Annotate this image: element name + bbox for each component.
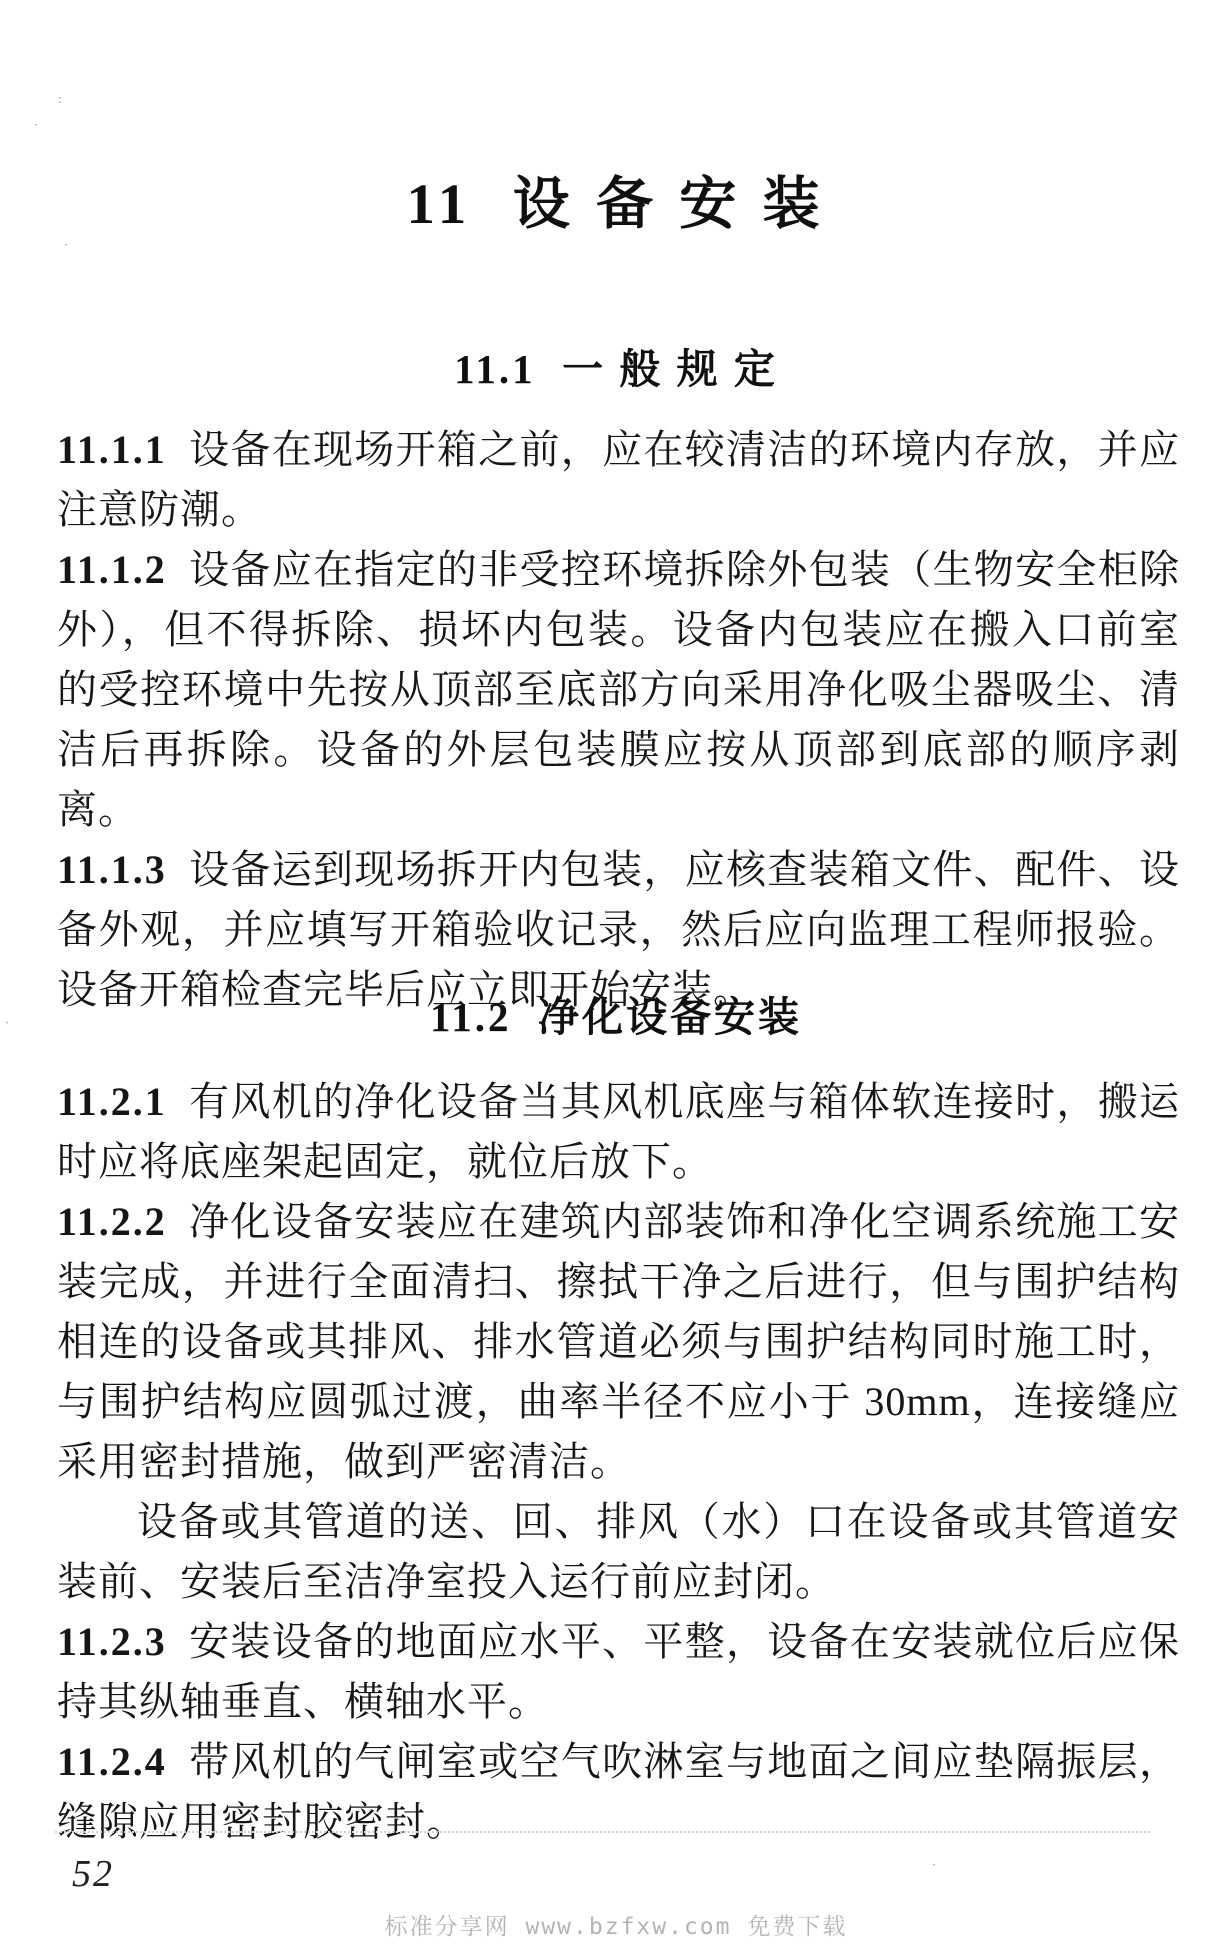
clause-text: 有风机的净化设备当其风机底座与箱体软连接时，搬运时应将底座架起固定，就位后放下。 (57, 1079, 1180, 1184)
page-number: 52 (72, 1852, 114, 1896)
scan-speck: · (34, 118, 38, 131)
section-heading-11-1: 11.1 一 般 规 定 (0, 336, 1232, 395)
clause-number: 11.1.3 (57, 847, 167, 892)
clause-text: 设备在现场开箱之前，应在较清洁的环境内存放，并应注意防潮。 (57, 427, 1180, 532)
chapter-title: 11 设 备 安 装 (0, 158, 1232, 240)
clause-11-1-1: 11.1.1设备在现场开箱之前，应在较清洁的环境内存放，并应注意防潮。 (57, 420, 1180, 540)
clause-number: 11.1.1 (57, 427, 167, 472)
clause-text: 带风机的气闸室或空气吹淋室与地面之间应垫隔振层，缝隙应用密封胶密封。 (57, 1739, 1180, 1844)
document-page: : · · · · · 11 设 备 安 装 11.1 一 般 规 定 11.1… (0, 0, 1232, 1950)
clause-11-2-3: 11.2.3安装设备的地面应水平、平整，设备在安装就位后应保持其纵轴垂直、横轴水… (57, 1612, 1180, 1732)
clause-number: 11.2.1 (57, 1079, 167, 1124)
scan-speck: : (58, 92, 62, 105)
scan-speck: · (932, 1858, 936, 1871)
clause-number: 11.2.4 (57, 1739, 167, 1784)
clause-number: 11.1.2 (57, 547, 167, 592)
clause-text: 净化设备安装应在建筑内部装饰和净化空调系统施工安装完成，并进行全面清扫、擦拭干净… (57, 1199, 1180, 1484)
clause-text: 安装设备的地面应水平、平整，设备在安装就位后应保持其纵轴垂直、横轴水平。 (57, 1619, 1180, 1724)
clause-11-1-2: 11.1.2设备应在指定的非受控环境拆除外包装（生物安全柜除外），但不得拆除、损… (57, 540, 1180, 840)
watermark-text: 标准分享网 www.bzfxw.com 免费下载 (0, 1908, 1232, 1941)
section-11-1-body: 11.1.1设备在现场开箱之前，应在较清洁的环境内存放，并应注意防潮。 11.1… (57, 420, 1180, 1020)
clause-11-2-4: 11.2.4带风机的气闸室或空气吹淋室与地面之间应垫隔振层，缝隙应用密封胶密封。 (57, 1732, 1180, 1852)
clause-number: 11.2.2 (57, 1199, 167, 1244)
clause-11-2-2-continuation: 设备或其管道的送、回、排风（水）口在设备或其管道安装前、安装后至洁净室投入运行前… (57, 1492, 1180, 1612)
clause-text: 设备应在指定的非受控环境拆除外包装（生物安全柜除外），但不得拆除、损坏内包装。设… (57, 547, 1180, 832)
scan-artifact-line (55, 1831, 1150, 1833)
clause-number: 11.2.3 (57, 1619, 167, 1664)
section-heading-11-2: 11.2 净化设备安装 (0, 984, 1232, 1043)
section-11-2-body: 11.2.1有风机的净化设备当其风机底座与箱体软连接时，搬运时应将底座架起固定，… (57, 1072, 1180, 1852)
clause-11-2-2: 11.2.2净化设备安装应在建筑内部装饰和净化空调系统施工安装完成，并进行全面清… (57, 1192, 1180, 1492)
clause-11-2-1: 11.2.1有风机的净化设备当其风机底座与箱体软连接时，搬运时应将底座架起固定，… (57, 1072, 1180, 1192)
